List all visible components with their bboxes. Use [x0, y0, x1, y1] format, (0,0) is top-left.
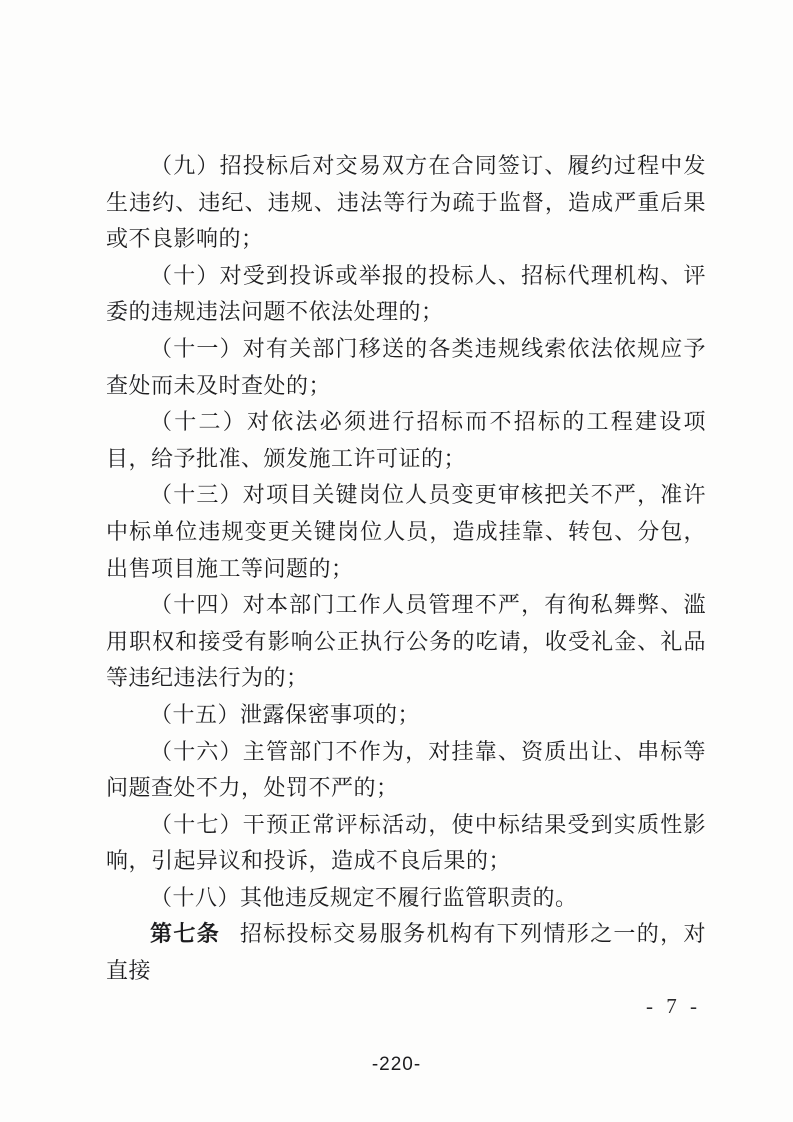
page-number-right: - 7 -	[646, 994, 701, 1019]
document-body: （九）招投标后对交易双方在合同签订、履约过程中发生违约、违纪、违规、违法等行为疏…	[106, 148, 706, 990]
clause-item-16: （十六）主管部门不作为，对挂靠、资质出让、串标等问题查处不力，处罚不严的；	[106, 734, 706, 807]
clause-item-17: （十七）干预正常评标活动，使中标结果受到实质性影响，引起异议和投诉，造成不良后果…	[106, 807, 706, 880]
clause-item-14: （十四）对本部门工作人员管理不严，有徇私舞弊、滥用职权和接受有影响公正执行公务的…	[106, 587, 706, 697]
clause-item-18: （十八）其他违反规定不履行监管职责的。	[106, 880, 706, 917]
clause-item-13: （十三）对项目关键岗位人员变更审核把关不严，准许中标单位违规变更关键岗位人员，造…	[106, 477, 706, 587]
clause-item-12: （十二）对依法必须进行招标而不招标的工程建设项目，给予批准、颁发施工许可证的；	[106, 404, 706, 477]
clause-item-15: （十五）泄露保密事项的；	[106, 697, 706, 734]
clause-item-10: （十）对受到投诉或举报的投标人、招标代理机构、评委的违规违法问题不依法处理的；	[106, 258, 706, 331]
document-page: （九）招投标后对交易双方在合同签订、履约过程中发生违约、违纪、违规、违法等行为疏…	[0, 0, 793, 1122]
clause-item-11: （十一）对有关部门移送的各类违规线索依法依规应予查处而未及时查处的；	[106, 331, 706, 404]
article-paragraph: 第七条招标投标交易服务机构有下列情形之一的，对直接	[106, 916, 706, 989]
clause-item-9: （九）招投标后对交易双方在合同签订、履约过程中发生违约、违纪、违规、违法等行为疏…	[106, 148, 706, 258]
article-label: 第七条	[150, 921, 220, 946]
page-number-bottom: -220-	[0, 1054, 793, 1076]
